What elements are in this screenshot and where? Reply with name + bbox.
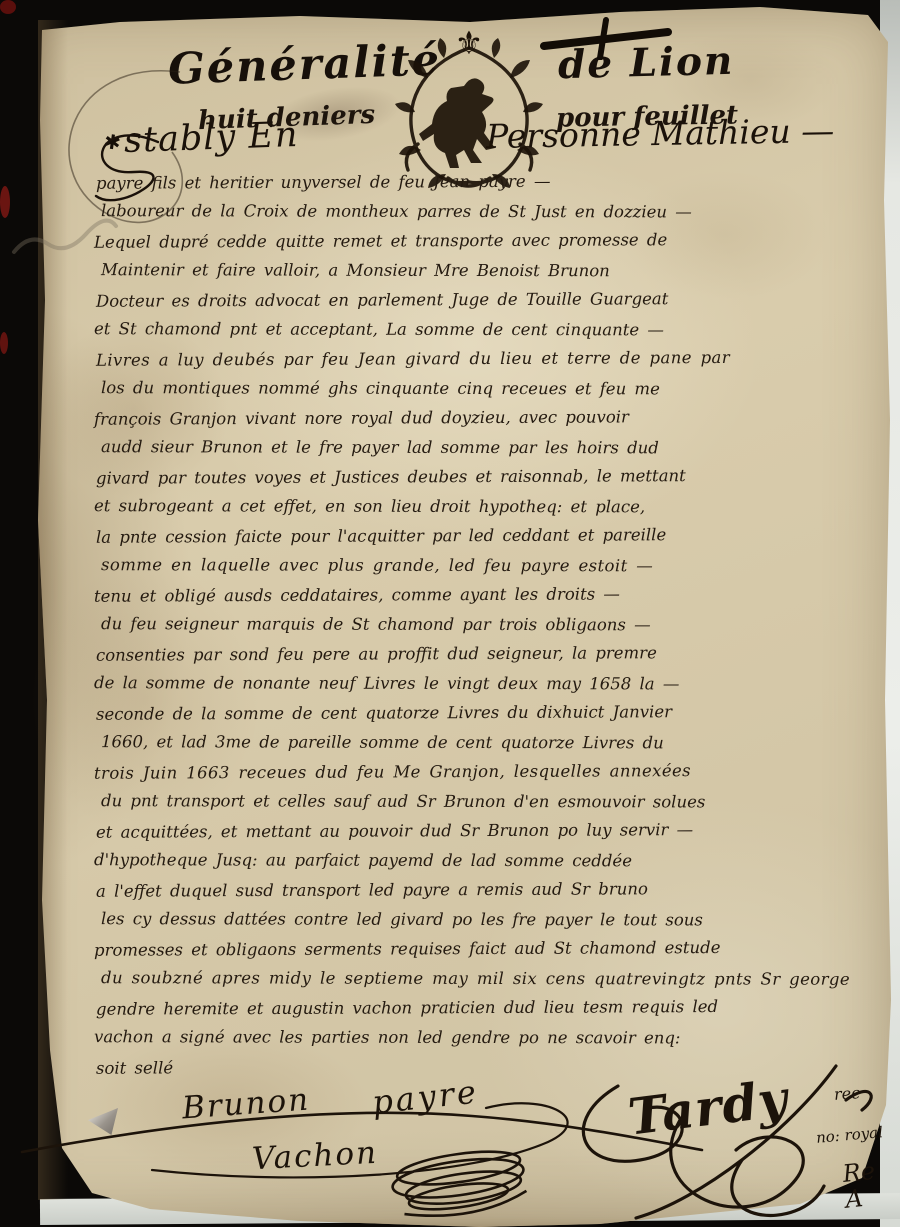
document-line: gendre heremite et augustin vachon prati… <box>96 996 888 1029</box>
document-line: a l'effet duquel susd transport led payr… <box>96 878 888 911</box>
document-line: vachon a signé avec les parties non led … <box>94 1027 888 1058</box>
red-edge-mark <box>0 332 8 354</box>
document-line: françois Granjon vivant nore royal dud d… <box>94 406 888 439</box>
document-line: seconde de la somme de cent quatorze Liv… <box>96 701 888 734</box>
signature-vachon: Vachon <box>251 1135 379 1178</box>
header-generalite: Généralité <box>167 35 442 95</box>
document-line: les cy dessus dattées contre led givard … <box>101 909 888 940</box>
document-line: laboureur de la Croix de montheux parres… <box>101 201 888 232</box>
document-line: et acquittées, et mettant au pouvoir dud… <box>96 819 888 852</box>
document-line: Docteur es droits advocat en parlement J… <box>96 288 888 321</box>
document-line: Maintenir et faire valloir, a Monsieur M… <box>101 260 888 291</box>
document-line: Lequel dupré cedde quitte remet et trans… <box>94 229 888 262</box>
header-region: de Lion <box>557 38 734 89</box>
document-line: givard par toutes voyes et Justices deub… <box>96 465 888 498</box>
scanned-document: Généralité de Lion huit deniers pour feu… <box>0 0 900 1227</box>
document-body: payre fils et heritier unyversel de feu … <box>96 172 888 1087</box>
notary-paraph-marks: Re A <box>841 1155 900 1213</box>
document-line: la pnte cession faicte pour l'acquitter … <box>96 524 888 557</box>
document-line: tenu et obligé ausds ceddataires, comme … <box>94 583 888 616</box>
document-line: 1660, et lad 3me de pareille somme de ce… <box>101 732 888 763</box>
document-line: consenties par sond feu pere au proffit … <box>96 642 888 675</box>
document-line: somme en laquelle avec plus grande, led … <box>101 555 888 586</box>
document-line: du pnt transport et celles sauf aud Sr B… <box>101 791 888 822</box>
opening-phrase: stably En <box>123 115 299 161</box>
document-line: du soubzné apres midy le septieme may mi… <box>101 968 888 999</box>
document-line: et St chamond pnt et acceptant, La somme… <box>94 319 888 350</box>
document-line: d'hypotheque Jusq: au parfaict payemd de… <box>94 850 888 881</box>
document-line: de la somme de nonante neuf Livres le vi… <box>94 673 888 704</box>
document-line: trois Juin 1663 receues dud feu Me Granj… <box>94 760 888 793</box>
red-edge-mark <box>0 186 10 218</box>
paper-edge-shadow <box>38 20 68 1200</box>
document-line: du feu seigneur marquis de St chamond pa… <box>101 614 888 645</box>
document-line: Livres a luy deubés par feu Jean givard … <box>96 347 888 380</box>
document-line: et subrogeant a cet effet, en son lieu d… <box>94 496 888 527</box>
document-line: payre fils et heritier unyversel de feu … <box>96 170 888 203</box>
opening-asterisk-mark: ✱ <box>102 129 122 155</box>
document-line: los du montiques nommé ghs cinquante cin… <box>101 378 888 409</box>
red-edge-mark <box>0 0 16 14</box>
document-line: promesses et obligaons serments requises… <box>94 937 888 970</box>
opening-name: Personne Mathieu — <box>486 111 835 156</box>
document-line: audd sieur Brunon et le fre payer lad so… <box>101 437 888 468</box>
notary-note-received: ree <box>833 1083 861 1104</box>
